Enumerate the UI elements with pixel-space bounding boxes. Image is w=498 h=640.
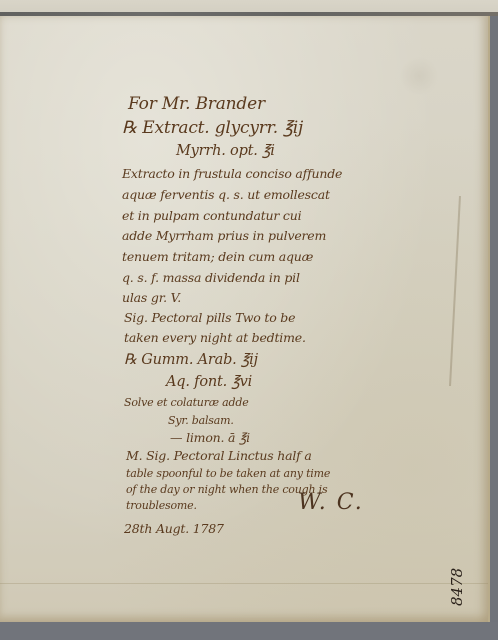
prescription-line: et in pulpam contundatur cui	[122, 208, 301, 223]
prescription-line: Myrrh. opt. ℥i	[176, 143, 275, 159]
signa-line: table spoonful to be taken at any time	[126, 467, 330, 480]
prescription-line: Solve et colaturæ adde	[124, 396, 249, 409]
signa-line: Sig. Pectoral pills Two to be	[124, 310, 295, 325]
prescription-line: ulas gr. V.	[122, 290, 181, 305]
prescription-line: Extracto in frustula conciso affunde	[122, 166, 342, 181]
document-scan: For Mr. Brander ℞ Extract. glycyrr. ℥ij …	[0, 0, 498, 640]
date-line: 28th Augt. 1787	[124, 521, 224, 536]
prescription-line: adde Myrrham prius in pulverem	[122, 228, 326, 243]
signature: W. C.	[298, 490, 364, 515]
prescription-line: Syr. balsam.	[168, 414, 234, 427]
scan-background	[0, 622, 498, 640]
prescription-line: tenuem tritam; dein cum aquæ	[122, 249, 313, 264]
prescription-line: ℞ Extract. glycyrr. ℥ij	[122, 118, 303, 138]
signa-line: troublesome.	[126, 499, 197, 512]
patient-heading: For Mr. Brander	[128, 94, 265, 114]
paper-fold-line	[0, 583, 488, 584]
signa-line: M. Sig. Pectoral Linctus half a	[126, 448, 312, 463]
prescription-line: q. s. f. massa dividenda in pil	[122, 270, 300, 285]
folio-number: 8478	[448, 568, 466, 606]
prescription-line: aquæ ferventis q. s. ut emollescat	[122, 187, 330, 202]
prescription-line: Aq. font. ℥vi	[166, 374, 252, 390]
prescription-line: — limon. ā ℥i	[170, 430, 250, 445]
paper-stain	[400, 56, 438, 96]
signa-line: taken every night at bedtime.	[124, 330, 306, 345]
manuscript-page: For Mr. Brander ℞ Extract. glycyrr. ℥ij …	[0, 16, 490, 622]
prescription-line: ℞ Gumm. Arab. ℥ij	[124, 352, 258, 368]
paper-crease	[449, 196, 461, 386]
